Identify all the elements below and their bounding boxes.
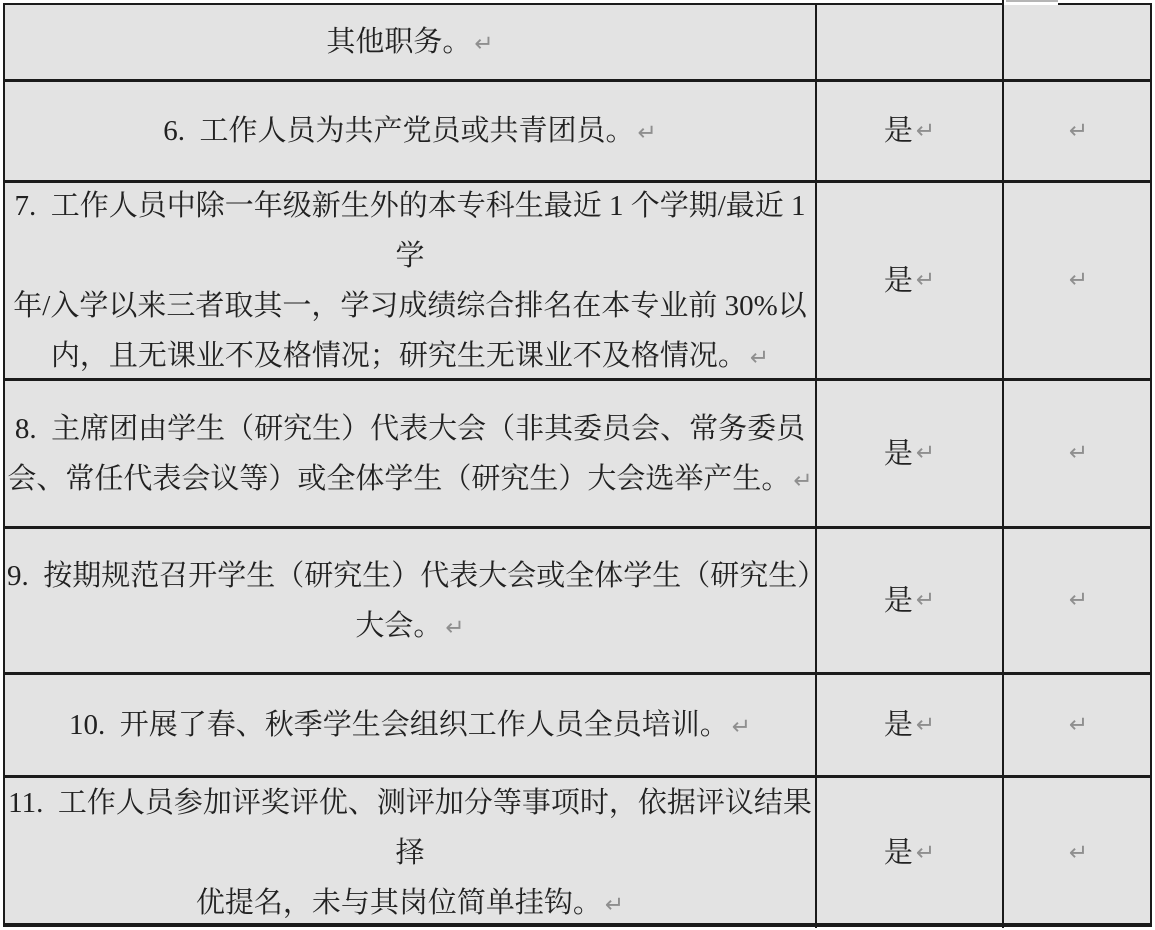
task-text: 7. 工作人员中除一年级新生外的本专科生最近 1 个学期/最近 1 学 [14,190,812,272]
return-mark-icon: ↵ [1069,842,1088,865]
answer-cell[interactable]: 是↵ [817,675,1004,775]
answer-cell[interactable]: 是↵ [817,381,1004,526]
task-text-cell[interactable]: 9. 按期规范召开学生（研究生）代表大会或全体学生（研究生） 大会。↵ [5,529,817,672]
text-line: 10. 开展了春、秋季学生会组织工作人员全员培训。↵ [7,700,813,750]
table-row: 6. 工作人员为共产党员或共青团员。↵ 是↵ ↵ [5,82,1150,183]
text-line: 优提名，未与其岗位简单挂钩。↵ [7,878,813,928]
text-line: 8. 主席团由学生（研究生）代表大会（非其委员会、常务委员 [7,404,813,454]
answer-cell[interactable]: 是↵ [817,529,1004,672]
answer-text: 是 [884,256,913,306]
return-mark-icon: ↵ [916,589,935,612]
text-line: 大会。↵ [7,601,813,651]
answer-cell[interactable] [817,5,1004,79]
text-line: 9. 按期规范召开学生（研究生）代表大会或全体学生（研究生） [7,551,813,601]
return-mark-icon: ↵ [916,269,935,292]
task-text: 9. 按期规范召开学生（研究生）代表大会或全体学生（研究生） [7,560,826,592]
text-line: 11. 工作人员参加评奖评优、测评加分等事项时，依据评议结果择 [7,778,813,878]
checklist-table: 其他职务。↵ 6. 工作人员为共产党员或共青团员。↵ 是↵ ↵ 7. 工作人员中… [3,3,1152,927]
task-text-cell[interactable]: 11. 工作人员参加评奖评优、测评加分等事项时，依据评议结果择 优提名，未与其岗… [5,778,817,928]
return-mark-icon: ↵ [916,120,935,143]
extra-cell[interactable]: ↵ [1004,778,1150,928]
task-text: 8. 主席团由学生（研究生）代表大会（非其委员会、常务委员 [15,413,805,445]
table-row: 11. 工作人员参加评奖评优、测评加分等事项时，依据评议结果择 优提名，未与其岗… [5,778,1150,928]
extra-cell[interactable]: ↵ [1004,381,1150,526]
return-mark-icon: ↵ [916,714,935,737]
task-text: 优提名，未与其岗位简单挂钩。 [196,887,602,919]
task-text-cell[interactable]: 6. 工作人员为共产党员或共青团员。↵ [5,82,817,180]
return-mark-icon: ↵ [1069,714,1088,737]
task-text: 内，且无课业不及格情况；研究生无课业不及格情况。 [51,340,747,372]
task-text: 11. 工作人员参加评奖评优、测评加分等事项时，依据评议结果择 [8,787,812,869]
extra-cell[interactable]: ↵ [1004,675,1150,775]
answer-text: 是 [884,106,913,156]
task-text: 其他职务。 [326,26,471,58]
return-mark-icon: ↵ [1069,442,1088,465]
extra-cell[interactable]: ↵ [1004,529,1150,672]
text-line: 6. 工作人员为共产党员或共青团员。↵ [7,106,813,156]
return-mark-icon: ↵ [793,468,812,494]
extra-cell[interactable] [1004,5,1150,79]
table-row: 10. 开展了春、秋季学生会组织工作人员全员培训。↵ 是↵ ↵ [5,675,1150,778]
task-text-cell[interactable]: 其他职务。↵ [5,5,817,79]
answer-text: 是 [884,429,913,479]
answer-text: 是 [884,700,913,750]
table-row: 其他职务。↵ [5,5,1150,82]
answer-text: 是 [884,576,913,626]
document-page: 其他职务。↵ 6. 工作人员为共产党员或共青团员。↵ 是↵ ↵ 7. 工作人员中… [0,0,1155,930]
text-line: 内，且无课业不及格情况；研究生无课业不及格情况。↵ [7,331,813,381]
top-edge-artifact-line [1006,0,1058,2]
extra-cell[interactable]: ↵ [1004,183,1150,378]
text-line: 年/入学以来三者取其一，学习成绩综合排名在本专业前 30%以 [7,281,813,331]
return-mark-icon: ↵ [605,892,624,918]
table-row: 8. 主席团由学生（研究生）代表大会（非其委员会、常务委员 会、常任代表会议等）… [5,381,1150,529]
return-mark-icon: ↵ [732,714,751,740]
return-mark-icon: ↵ [1069,589,1088,612]
text-line: 7. 工作人员中除一年级新生外的本专科生最近 1 个学期/最近 1 学 [7,181,813,281]
task-text: 年/入学以来三者取其一，学习成绩综合排名在本专业前 30%以 [13,290,806,322]
return-mark-icon: ↵ [916,842,935,865]
task-text: 6. 工作人员为共产党员或共青团员。 [163,115,634,147]
table-row: 7. 工作人员中除一年级新生外的本专科生最近 1 个学期/最近 1 学 年/入学… [5,183,1150,381]
extra-cell[interactable]: ↵ [1004,82,1150,180]
return-mark-icon: ↵ [474,31,493,57]
return-mark-icon: ↵ [637,120,656,146]
task-text-cell[interactable]: 10. 开展了春、秋季学生会组织工作人员全员培训。↵ [5,675,817,775]
answer-text: 是 [884,828,913,878]
return-mark-icon: ↵ [750,345,769,371]
return-mark-icon: ↵ [1069,120,1088,143]
column-border-stub [1002,0,1004,6]
table-row: 9. 按期规范召开学生（研究生）代表大会或全体学生（研究生） 大会。↵ 是↵ ↵ [5,529,1150,675]
task-text-cell[interactable]: 7. 工作人员中除一年级新生外的本专科生最近 1 个学期/最近 1 学 年/入学… [5,183,817,378]
answer-cell[interactable]: 是↵ [817,82,1004,180]
return-mark-icon: ↵ [445,615,464,641]
task-text: 会、常任代表会议等）或全体学生（研究生）大会选举产生。 [7,463,790,495]
text-line: 会、常任代表会议等）或全体学生（研究生）大会选举产生。↵ [7,454,813,504]
answer-cell[interactable]: 是↵ [817,778,1004,928]
task-text-cell[interactable]: 8. 主席团由学生（研究生）代表大会（非其委员会、常务委员 会、常任代表会议等）… [5,381,817,526]
return-mark-icon: ↵ [916,442,935,465]
answer-cell[interactable]: 是↵ [817,183,1004,378]
text-line: 其他职务。↵ [7,17,813,67]
task-text: 10. 开展了春、秋季学生会组织工作人员全员培训。 [69,709,729,741]
task-text: 大会。 [355,610,442,642]
return-mark-icon: ↵ [1069,269,1088,292]
